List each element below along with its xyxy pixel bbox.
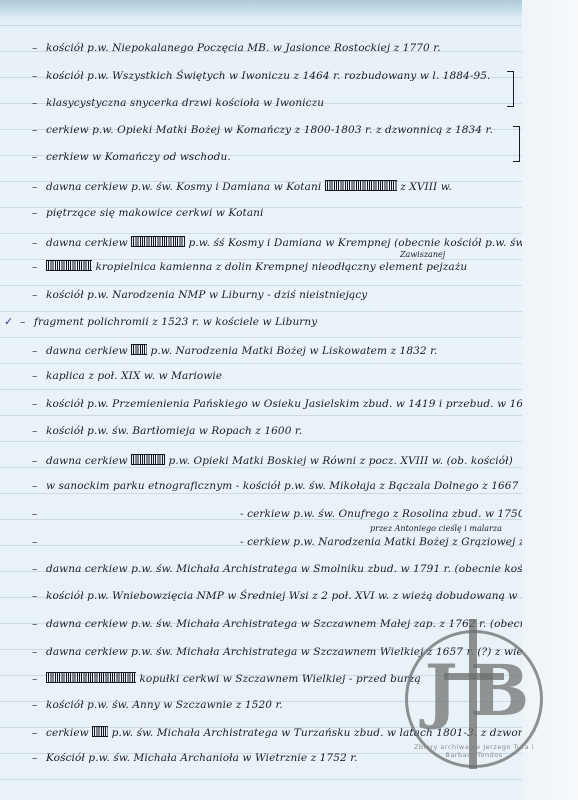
crossed-out-text xyxy=(131,344,147,355)
stamp-ring-text: Zbiory archiwalne Jerzego Tura i Barbary… xyxy=(408,743,540,759)
bullet-dash: – xyxy=(32,97,46,109)
entry-text: kościół p.w. Wniebowzięcia NMP w Średnie… xyxy=(46,590,559,602)
list-item: –cerkiew p.w. Opieki Matki Bożej w Komań… xyxy=(32,124,493,136)
list-item: –dawna cerkiew p.w. Opieki Matki Boskiej… xyxy=(32,454,513,467)
crossed-out-text xyxy=(131,454,165,465)
list-item: –kościół p.w. Niepokalanego Poczęcia MB.… xyxy=(32,42,441,54)
list-item: –- cerkiew p.w. św. Onufrego z Rosolina … xyxy=(32,508,535,520)
list-item: –- cerkiew p.w. Narodzenia Matki Bożej z… xyxy=(32,536,578,548)
crossed-out-text xyxy=(46,672,136,683)
entry-text: p.w. Narodzenia Matki Bożej w Liskowatem… xyxy=(147,345,437,357)
bullet-dash: – xyxy=(32,237,46,249)
entry-text: kościół p.w. Narodzenia NMP w Liburny - … xyxy=(46,289,367,301)
stamp-letters: J B xyxy=(408,651,540,731)
entry-text: cerkiew w Komańczy od wschodu. xyxy=(46,151,231,163)
bullet-dash: – xyxy=(32,536,46,548)
entry-text: kościół p.w. św. Anny w Szczawnie z 1520… xyxy=(46,699,283,711)
entry-text: dawna cerkiew p.w. św. Michała Archistra… xyxy=(46,563,578,575)
entry-text: kaplica z poł. XIX w. w Mariowie xyxy=(46,370,222,382)
checkmark-icon: ✓ xyxy=(4,315,13,328)
list-item: –dawna cerkiew p.w. Narodzenia Matki Boż… xyxy=(32,344,438,357)
bullet-dash: – xyxy=(32,480,46,492)
bullet-dash: – xyxy=(32,727,46,739)
bracket-iwonicz xyxy=(507,71,514,107)
entry-text: w sanockim parku etnograficznym - kośció… xyxy=(46,480,529,492)
entry-text: kościół p.w. Niepokalanego Poczęcia MB. … xyxy=(46,42,441,54)
archive-stamp: J B Zbiory archiwalne Jerzego Tura i Bar… xyxy=(405,630,543,768)
list-item: –kościół p.w. św. Anny w Szczawnie z 152… xyxy=(32,699,283,711)
bullet-dash: – xyxy=(32,289,46,301)
list-item: –dawna cerkiew p.w. św. Kosmy i Damiana … xyxy=(32,180,452,193)
entry-text: fragment polichromii z 1523 r. w kościel… xyxy=(34,316,317,328)
entry-text: - cerkiew p.w. św. Onufrego z Rosolina z… xyxy=(240,508,535,520)
list-item: –kościół p.w. Wszystkich Świętych w Iwon… xyxy=(32,70,490,82)
entry-text: dawna cerkiew p.w. św. Kosmy i Damiana w… xyxy=(46,181,325,193)
crossed-out-text xyxy=(325,180,397,191)
list-item: –dawna cerkiew p.w. śś Kosmy i Damiana w… xyxy=(32,236,578,249)
entry-text: kościół p.w. św. Bartłomieja w Ropach z … xyxy=(46,425,302,437)
bullet-dash: – xyxy=(32,42,46,54)
list-item: –w sanockim parku etnograficznym - kości… xyxy=(32,480,529,492)
crossed-out-text xyxy=(92,726,108,737)
entry-text: piętrzące się makowice cerkwi w Kotani xyxy=(46,207,264,219)
entry-text: kropielnica kamienna z dolin Krempnej ni… xyxy=(92,261,467,273)
bullet-dash: – xyxy=(32,151,46,163)
bracket-komancza xyxy=(513,126,520,162)
bullet-dash: – xyxy=(32,425,46,437)
bullet-dash: – xyxy=(32,508,46,520)
list-item: – kropielnica kamienna z dolin Krempnej … xyxy=(32,260,467,273)
list-item: –cerkiew w Komańczy od wschodu. xyxy=(32,151,231,163)
bullet-dash: – xyxy=(32,590,46,602)
list-item: ✓–fragment polichromii z 1523 r. w kości… xyxy=(20,316,317,328)
bullet-dash: – xyxy=(32,370,46,382)
entry-text: klasycystyczna snycerka drzwi kościoła w… xyxy=(46,97,324,109)
list-item: –Kościół p.w. św. Michała Archanioła w W… xyxy=(32,752,358,764)
bullet-dash: – xyxy=(32,646,46,658)
entry-text: dawna cerkiew xyxy=(46,455,131,467)
bullet-dash: – xyxy=(32,618,46,630)
bullet-dash: – xyxy=(20,316,34,328)
margin-note: przez Antoniego cieślę i malarza xyxy=(370,524,502,533)
bullet-dash: – xyxy=(32,563,46,575)
bullet-dash: – xyxy=(32,752,46,764)
entry-text: dawna cerkiew xyxy=(46,237,131,249)
list-item: –kaplica z poł. XIX w. w Mariowie xyxy=(32,370,222,382)
entry-text: dawna cerkiew xyxy=(46,345,131,357)
bullet-dash: – xyxy=(32,181,46,193)
margin-note: Zawiszanej xyxy=(400,250,445,259)
list-item: –klasycystyczna snycerka drzwi kościoła … xyxy=(32,97,324,109)
bullet-dash: – xyxy=(32,398,46,410)
list-item: – kopułki cerkwi w Szczawnem Wielkiej - … xyxy=(32,672,421,685)
entry-text: p.w. Opieki Matki Boskiej w Równi z pocz… xyxy=(165,455,513,467)
entry-text: cerkiew xyxy=(46,727,92,739)
bullet-dash: – xyxy=(32,261,46,273)
list-item: –piętrzące się makowice cerkwi w Kotani xyxy=(32,207,264,219)
entry-text: dawna cerkiew p.w. św. Michała Archistra… xyxy=(46,618,578,630)
crossed-out-text xyxy=(46,260,92,271)
bullet-dash: – xyxy=(32,70,46,82)
entry-text: kościół p.w. Przemienienia Pańskiego w O… xyxy=(46,398,548,410)
bullet-dash: – xyxy=(32,673,46,685)
entry-text: z XVIII w. xyxy=(397,181,452,193)
bullet-dash: – xyxy=(32,345,46,357)
list-item: –kościół p.w. św. Bartłomieja w Ropach z… xyxy=(32,425,302,437)
bullet-dash: – xyxy=(32,455,46,467)
list-item: –kościół p.w. Wniebowzięcia NMP w Średni… xyxy=(32,590,559,602)
bullet-dash: – xyxy=(32,124,46,136)
entry-text: kościół p.w. Wszystkich Świętych w Iwoni… xyxy=(46,70,490,82)
list-item: –dawna cerkiew p.w. św. Michała Archistr… xyxy=(32,618,578,630)
bullet-dash: – xyxy=(32,699,46,711)
bullet-dash: – xyxy=(32,207,46,219)
entry-text: Kościół p.w. św. Michała Archanioła w Wi… xyxy=(46,752,358,764)
list-item: –kościół p.w. Przemienienia Pańskiego w … xyxy=(32,398,548,410)
crossed-out-text xyxy=(131,236,185,247)
entry-text: kopułki cerkwi w Szczawnem Wielkiej - pr… xyxy=(136,673,421,685)
list-item: –dawna cerkiew p.w. św. Michała Archistr… xyxy=(32,563,578,575)
entry-text: p.w. śś Kosmy i Damiana w Krempnej (obec… xyxy=(185,237,578,249)
entry-text: cerkiew p.w. Opieki Matki Bożej w Komańc… xyxy=(46,124,493,136)
list-item: –kościół p.w. Narodzenia NMP w Liburny -… xyxy=(32,289,367,301)
